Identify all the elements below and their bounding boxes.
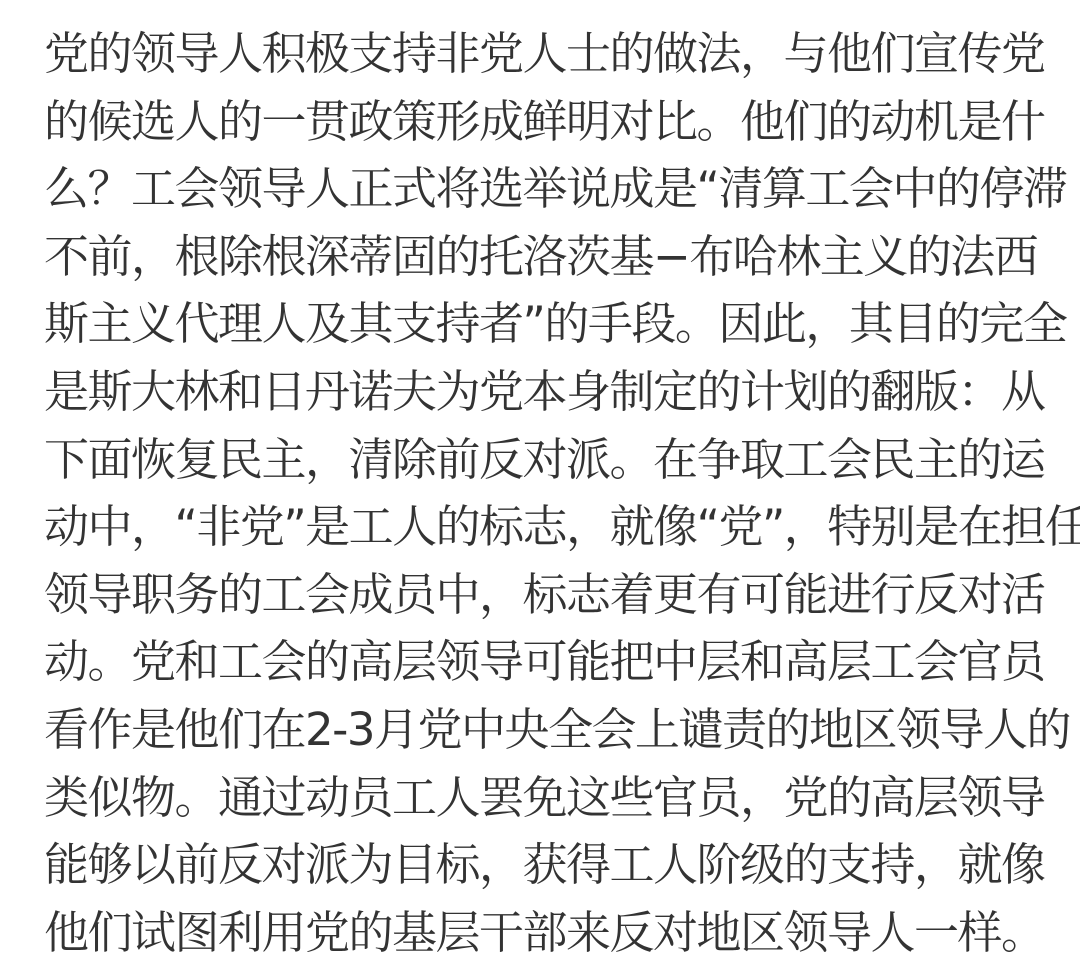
text-line: 他们试图利用党的基层干部来反对地区领导人一样。 xyxy=(44,899,1054,965)
text-line: 的候选人的一贯政策形成鲜明对比。他们的动机是什 xyxy=(44,88,1054,156)
text-line: 下面恢复民主，清除前反对派。在争取工会民主的运 xyxy=(44,426,1054,494)
text-line: 类似物。通过动员工人罢免这些官员，党的高层领导 xyxy=(44,764,1054,832)
text-line: 斯主义代理人及其支持者”的手段。因此，其目的完全 xyxy=(44,290,1054,358)
text-line: 是斯大林和日丹诺夫为党本身制定的计划的翻版：从 xyxy=(44,358,1054,426)
text-line: 动中，“非党”是工人的标志，就像“党”，特别是在担任 xyxy=(44,493,1054,561)
text-line: 看作是他们在2-3月党中央全会上谴责的地区领导人的 xyxy=(44,696,1054,764)
document-paragraph: 党的领导人积极支持非党人士的做法，与他们宣传党 的候选人的一贯政策形成鲜明对比。… xyxy=(44,20,1054,965)
text-line: 么？工会领导人正式将选举说成是“清算工会中的停滞 xyxy=(44,155,1054,223)
text-line: 党的领导人积极支持非党人士的做法，与他们宣传党 xyxy=(44,20,1054,88)
text-line: 不前，根除根深蒂固的托洛茨基−布哈林主义的法西 xyxy=(44,223,1054,291)
text-line: 动。党和工会的高层领导可能把中层和高层工会官员 xyxy=(44,628,1054,696)
text-line: 领导职务的工会成员中，标志着更有可能进行反对活 xyxy=(44,561,1054,629)
text-line: 能够以前反对派为目标，获得工人阶级的支持，就像 xyxy=(44,831,1054,899)
